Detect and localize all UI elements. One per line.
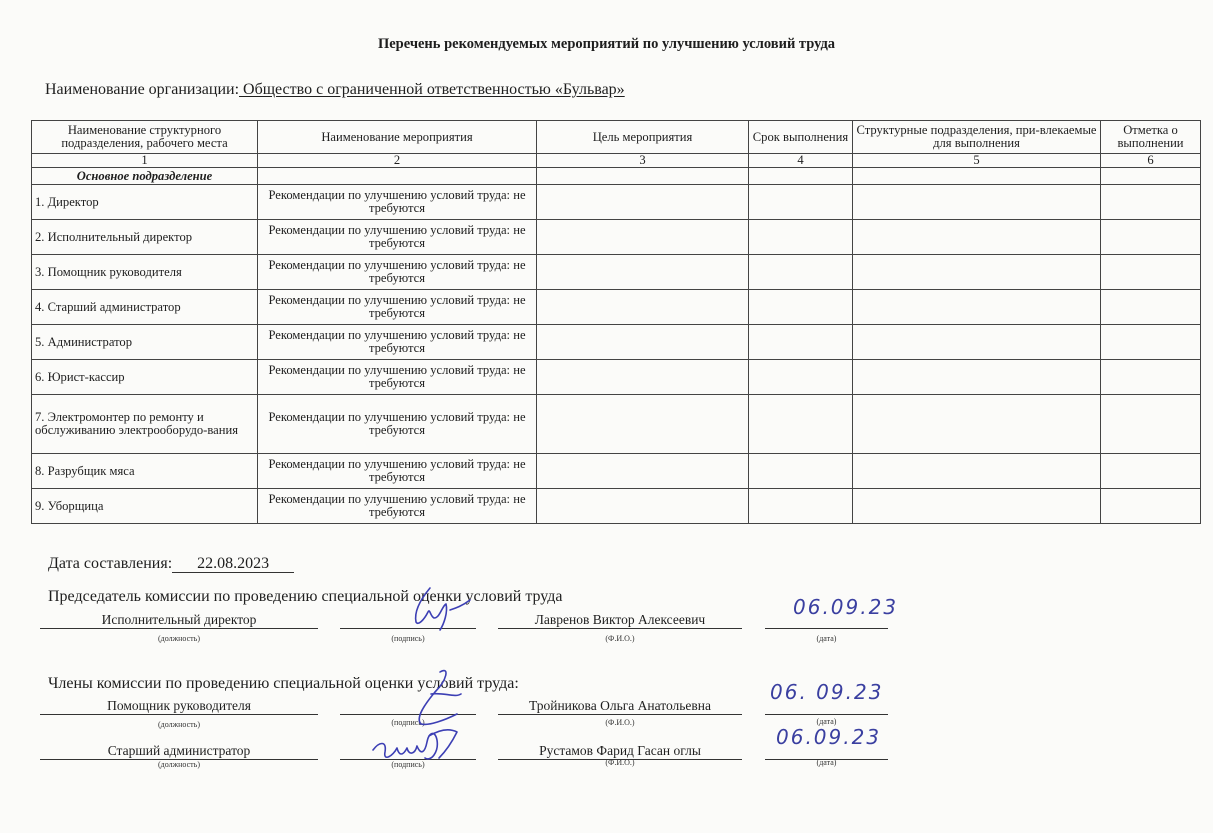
mark-cell <box>1101 489 1201 524</box>
table-row: 2. Исполнительный директор Рекомендации … <box>32 220 1201 255</box>
departments-cell <box>853 325 1101 360</box>
member-1-signed-date: 06. 09.23 <box>770 680 883 704</box>
goal-cell <box>537 290 749 325</box>
goal-cell <box>537 489 749 524</box>
deadline-cell <box>749 290 853 325</box>
departments-cell <box>853 290 1101 325</box>
member-1-position: Помощник руководителя <box>40 698 318 715</box>
departments-cell <box>853 185 1101 220</box>
caption-position: (должность) <box>40 634 318 643</box>
deadline-cell <box>749 255 853 290</box>
table-row: 6. Юрист-кассир Рекомендации по улучшени… <box>32 360 1201 395</box>
deadline-cell <box>749 220 853 255</box>
mark-cell <box>1101 325 1201 360</box>
chairman-position: Исполнительный директор <box>40 612 318 629</box>
workplace-cell: 4. Старший администратор <box>32 290 258 325</box>
mark-cell <box>1101 220 1201 255</box>
chairman-name: Лавренов Виктор Алексеевич <box>498 612 742 629</box>
compiled-date-line: Дата составления:22.08.2023 <box>48 555 294 573</box>
column-number: 2 <box>258 154 537 168</box>
deadline-cell <box>749 360 853 395</box>
organization-line: Наименование организации: Общество с огр… <box>45 81 625 99</box>
column-number: 3 <box>537 154 749 168</box>
workplace-cell: 6. Юрист-кассир <box>32 360 258 395</box>
mark-cell <box>1101 290 1201 325</box>
table-body: 1. Директор Рекомендации по улучшению ус… <box>32 185 1201 524</box>
empty-cell <box>853 168 1101 185</box>
mark-cell <box>1101 454 1201 489</box>
header-deadline: Срок выполнения <box>749 121 853 154</box>
measure-cell: Рекомендации по улучшению условий труда:… <box>258 395 537 454</box>
column-number: 4 <box>749 154 853 168</box>
departments-cell <box>853 454 1101 489</box>
caption-fio: (Ф.И.О.) <box>498 634 742 643</box>
document-title: Перечень рекомендуемых мероприятий по ул… <box>0 36 1213 53</box>
mark-cell <box>1101 185 1201 220</box>
measure-cell: Рекомендации по улучшению условий труда:… <box>258 220 537 255</box>
section-name: Основное подразделение <box>32 168 258 185</box>
mark-cell <box>1101 395 1201 454</box>
member-1-name: Тройникова Ольга Анатольевна <box>498 698 742 715</box>
table-header-row: Наименование структурного подразделения,… <box>32 121 1201 154</box>
deadline-cell <box>749 325 853 360</box>
table-row: 5. Администратор Рекомендации по улучшен… <box>32 325 1201 360</box>
goal-cell <box>537 360 749 395</box>
member-2-signed-date: 06.09.23 <box>776 725 881 749</box>
deadline-cell <box>749 185 853 220</box>
table-row: 4. Старший администратор Рекомендации по… <box>32 290 1201 325</box>
goal-cell <box>537 325 749 360</box>
column-numbers-row: 1 2 3 4 5 6 <box>32 154 1201 168</box>
departments-cell <box>853 489 1101 524</box>
measure-cell: Рекомендации по улучшению условий труда:… <box>258 489 537 524</box>
table-row: 8. Разрубщик мяса Рекомендации по улучше… <box>32 454 1201 489</box>
table-row: 7. Электромонтер по ремонту и обслуживан… <box>32 395 1201 454</box>
chairman-signed-date: 06.09.23 <box>793 595 898 619</box>
column-number: 5 <box>853 154 1101 168</box>
header-goal: Цель мероприятия <box>537 121 749 154</box>
empty-cell <box>1101 168 1201 185</box>
measure-cell: Рекомендации по улучшению условий труда:… <box>258 290 537 325</box>
measures-table: Наименование структурного подразделения,… <box>31 120 1201 524</box>
goal-cell <box>537 454 749 489</box>
header-measure: Наименование мероприятия <box>258 121 537 154</box>
section-row: Основное подразделение <box>32 168 1201 185</box>
organization-label: Наименование организации: <box>45 81 239 98</box>
member-2-signature-icon <box>365 722 465 767</box>
workplace-cell: 9. Уборщица <box>32 489 258 524</box>
goal-cell <box>537 255 749 290</box>
organization-value: Общество с ограниченной ответственностью… <box>239 81 625 98</box>
chairman-heading: Председатель комиссии по проведению спец… <box>48 588 563 606</box>
workplace-cell: 8. Разрубщик мяса <box>32 454 258 489</box>
goal-cell <box>537 185 749 220</box>
member-2-position: Старший администратор <box>40 743 318 760</box>
empty-cell <box>537 168 749 185</box>
workplace-cell: 3. Помощник руководителя <box>32 255 258 290</box>
workplace-cell: 2. Исполнительный директор <box>32 220 258 255</box>
header-mark: Отметка о выполнении <box>1101 121 1201 154</box>
goal-cell <box>537 220 749 255</box>
deadline-cell <box>749 489 853 524</box>
goal-cell <box>537 395 749 454</box>
table-row: 3. Помощник руководителя Рекомендации по… <box>32 255 1201 290</box>
empty-cell <box>258 168 537 185</box>
header-departments: Структурные подразделения, при-влекаемые… <box>853 121 1101 154</box>
caption-signature: (подпись) <box>340 634 476 643</box>
mark-cell <box>1101 255 1201 290</box>
measure-cell: Рекомендации по улучшению условий труда:… <box>258 185 537 220</box>
measure-cell: Рекомендации по улучшению условий труда:… <box>258 360 537 395</box>
measure-cell: Рекомендации по улучшению условий труда:… <box>258 325 537 360</box>
measure-cell: Рекомендации по улучшению условий труда:… <box>258 255 537 290</box>
compiled-date: 22.08.2023 <box>172 555 294 573</box>
caption-fio: (Ф.И.О.) <box>498 718 742 727</box>
workplace-cell: 1. Директор <box>32 185 258 220</box>
caption-fio: (Ф.И.О.) <box>498 758 742 767</box>
departments-cell <box>853 220 1101 255</box>
table-row: 9. Уборщица Рекомендации по улучшению ус… <box>32 489 1201 524</box>
departments-cell <box>853 360 1101 395</box>
workplace-cell: 5. Администратор <box>32 325 258 360</box>
deadline-cell <box>749 454 853 489</box>
caption-position: (должность) <box>40 720 318 729</box>
caption-date: (дата) <box>765 634 888 643</box>
deadline-cell <box>749 395 853 454</box>
chairman-signature-icon <box>400 582 480 632</box>
caption-position: (должность) <box>40 760 318 769</box>
table-row: 1. Директор Рекомендации по улучшению ус… <box>32 185 1201 220</box>
departments-cell <box>853 395 1101 454</box>
compiled-label: Дата составления: <box>48 555 172 572</box>
empty-cell <box>749 168 853 185</box>
workplace-cell: 7. Электромонтер по ремонту и обслуживан… <box>32 395 258 454</box>
column-number: 1 <box>32 154 258 168</box>
mark-cell <box>1101 360 1201 395</box>
measure-cell: Рекомендации по улучшению условий труда:… <box>258 454 537 489</box>
caption-date: (дата) <box>765 758 888 767</box>
header-workplace: Наименование структурного подразделения,… <box>32 121 258 154</box>
departments-cell <box>853 255 1101 290</box>
column-number: 6 <box>1101 154 1201 168</box>
